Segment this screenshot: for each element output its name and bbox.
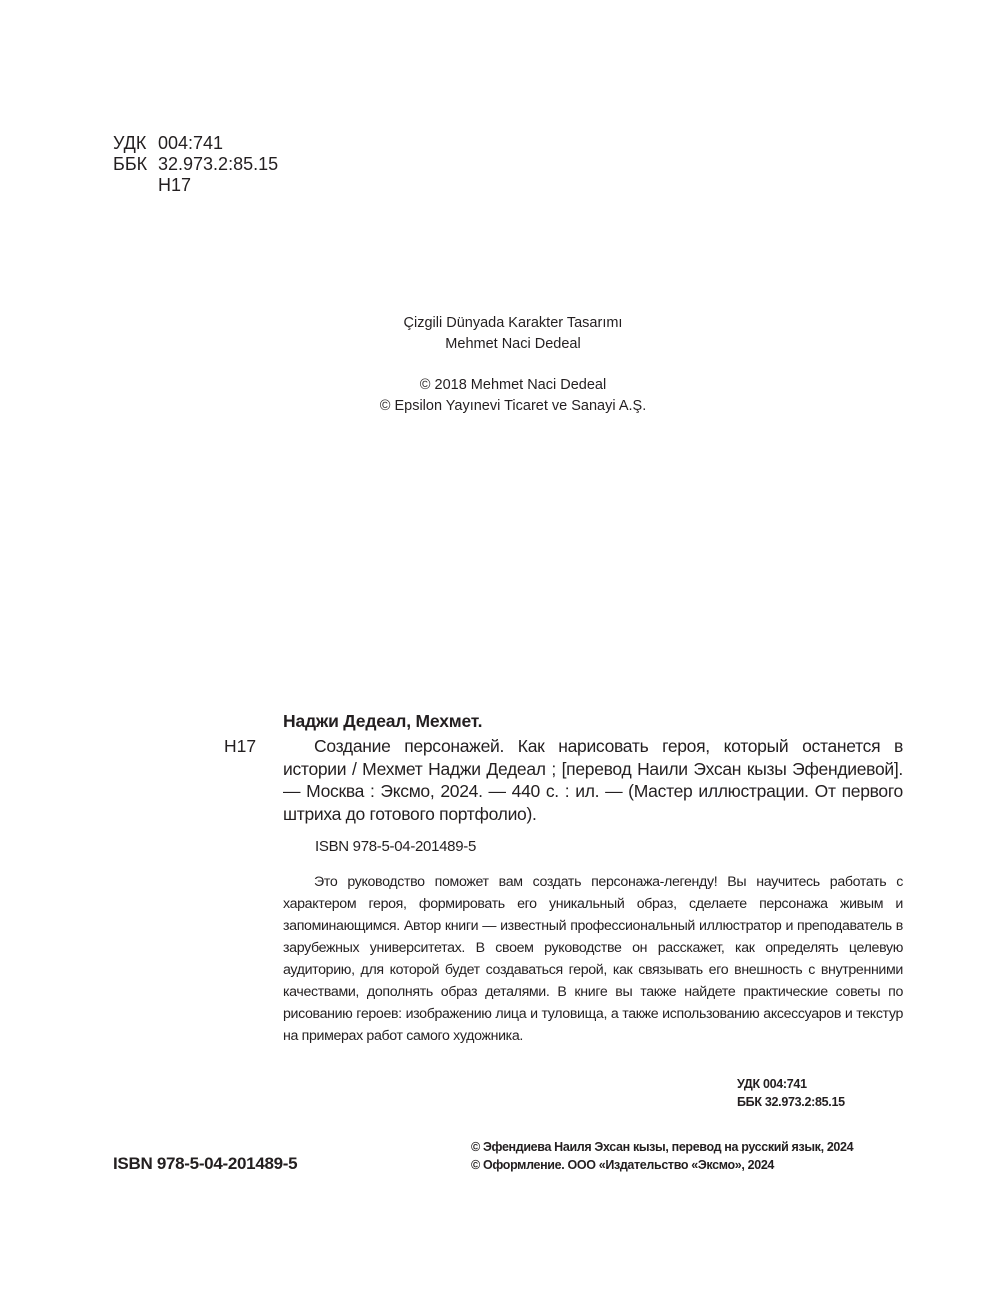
isbn-inline: ISBN 978-5-04-201489-5 [315, 837, 476, 857]
footer-isbn: ISBN 978-5-04-201489-5 [113, 1153, 297, 1175]
author-heading: Наджи Дедеал, Мехмет. [283, 710, 482, 732]
bbk-label: ББК [113, 154, 158, 175]
udk-value: 004:741 [158, 133, 223, 154]
bibliographic-description-text: Создание персонажей. Как нарисовать геро… [283, 735, 903, 825]
original-author: Mehmet Naci Dedeal [0, 334, 986, 355]
footer-classification: УДК 004:741 ББК 32.973.2:85.15 [737, 1075, 845, 1111]
annotation-text: Это руководство поможет вам создать перс… [283, 871, 903, 1047]
bbk-row: ББК 32.973.2:85.15 [113, 154, 278, 175]
bibliographic-description: Создание персонажей. Как нарисовать геро… [283, 735, 903, 825]
original-edition-block: Çizgili Dünyada Karakter Tasarımı Mehmet… [0, 313, 986, 417]
udk-row: УДК 004:741 [113, 133, 278, 154]
classification-block: УДК 004:741 ББК 32.973.2:85.15 Н17 [113, 133, 278, 196]
footer-bbk: ББК 32.973.2:85.15 [737, 1093, 845, 1111]
original-title: Çizgili Dünyada Karakter Tasarımı [0, 313, 986, 334]
udk-label: УДК [113, 133, 158, 154]
footer-udk: УДК 004:741 [737, 1075, 845, 1093]
annotation: Это руководство поможет вам создать перс… [283, 871, 903, 1047]
bibliographic-author-mark: Н17 [224, 735, 256, 757]
original-copyright-author: © 2018 Mehmet Naci Dedeal [0, 375, 986, 396]
original-copyright-publisher: © Epsilon Yayınevi Ticaret ve Sanayi A.Ş… [0, 396, 986, 417]
author-mark: Н17 [158, 175, 191, 196]
author-mark-row: Н17 [113, 175, 278, 196]
footer-copyrights: © Эфендиева Наиля Эхсан кызы, перевод на… [471, 1138, 853, 1174]
copyright-design: © Оформление. ООО «Издательство «Эксмо»,… [471, 1156, 853, 1174]
bbk-value: 32.973.2:85.15 [158, 154, 278, 175]
copyright-translation: © Эфендиева Наиля Эхсан кызы, перевод на… [471, 1138, 853, 1156]
